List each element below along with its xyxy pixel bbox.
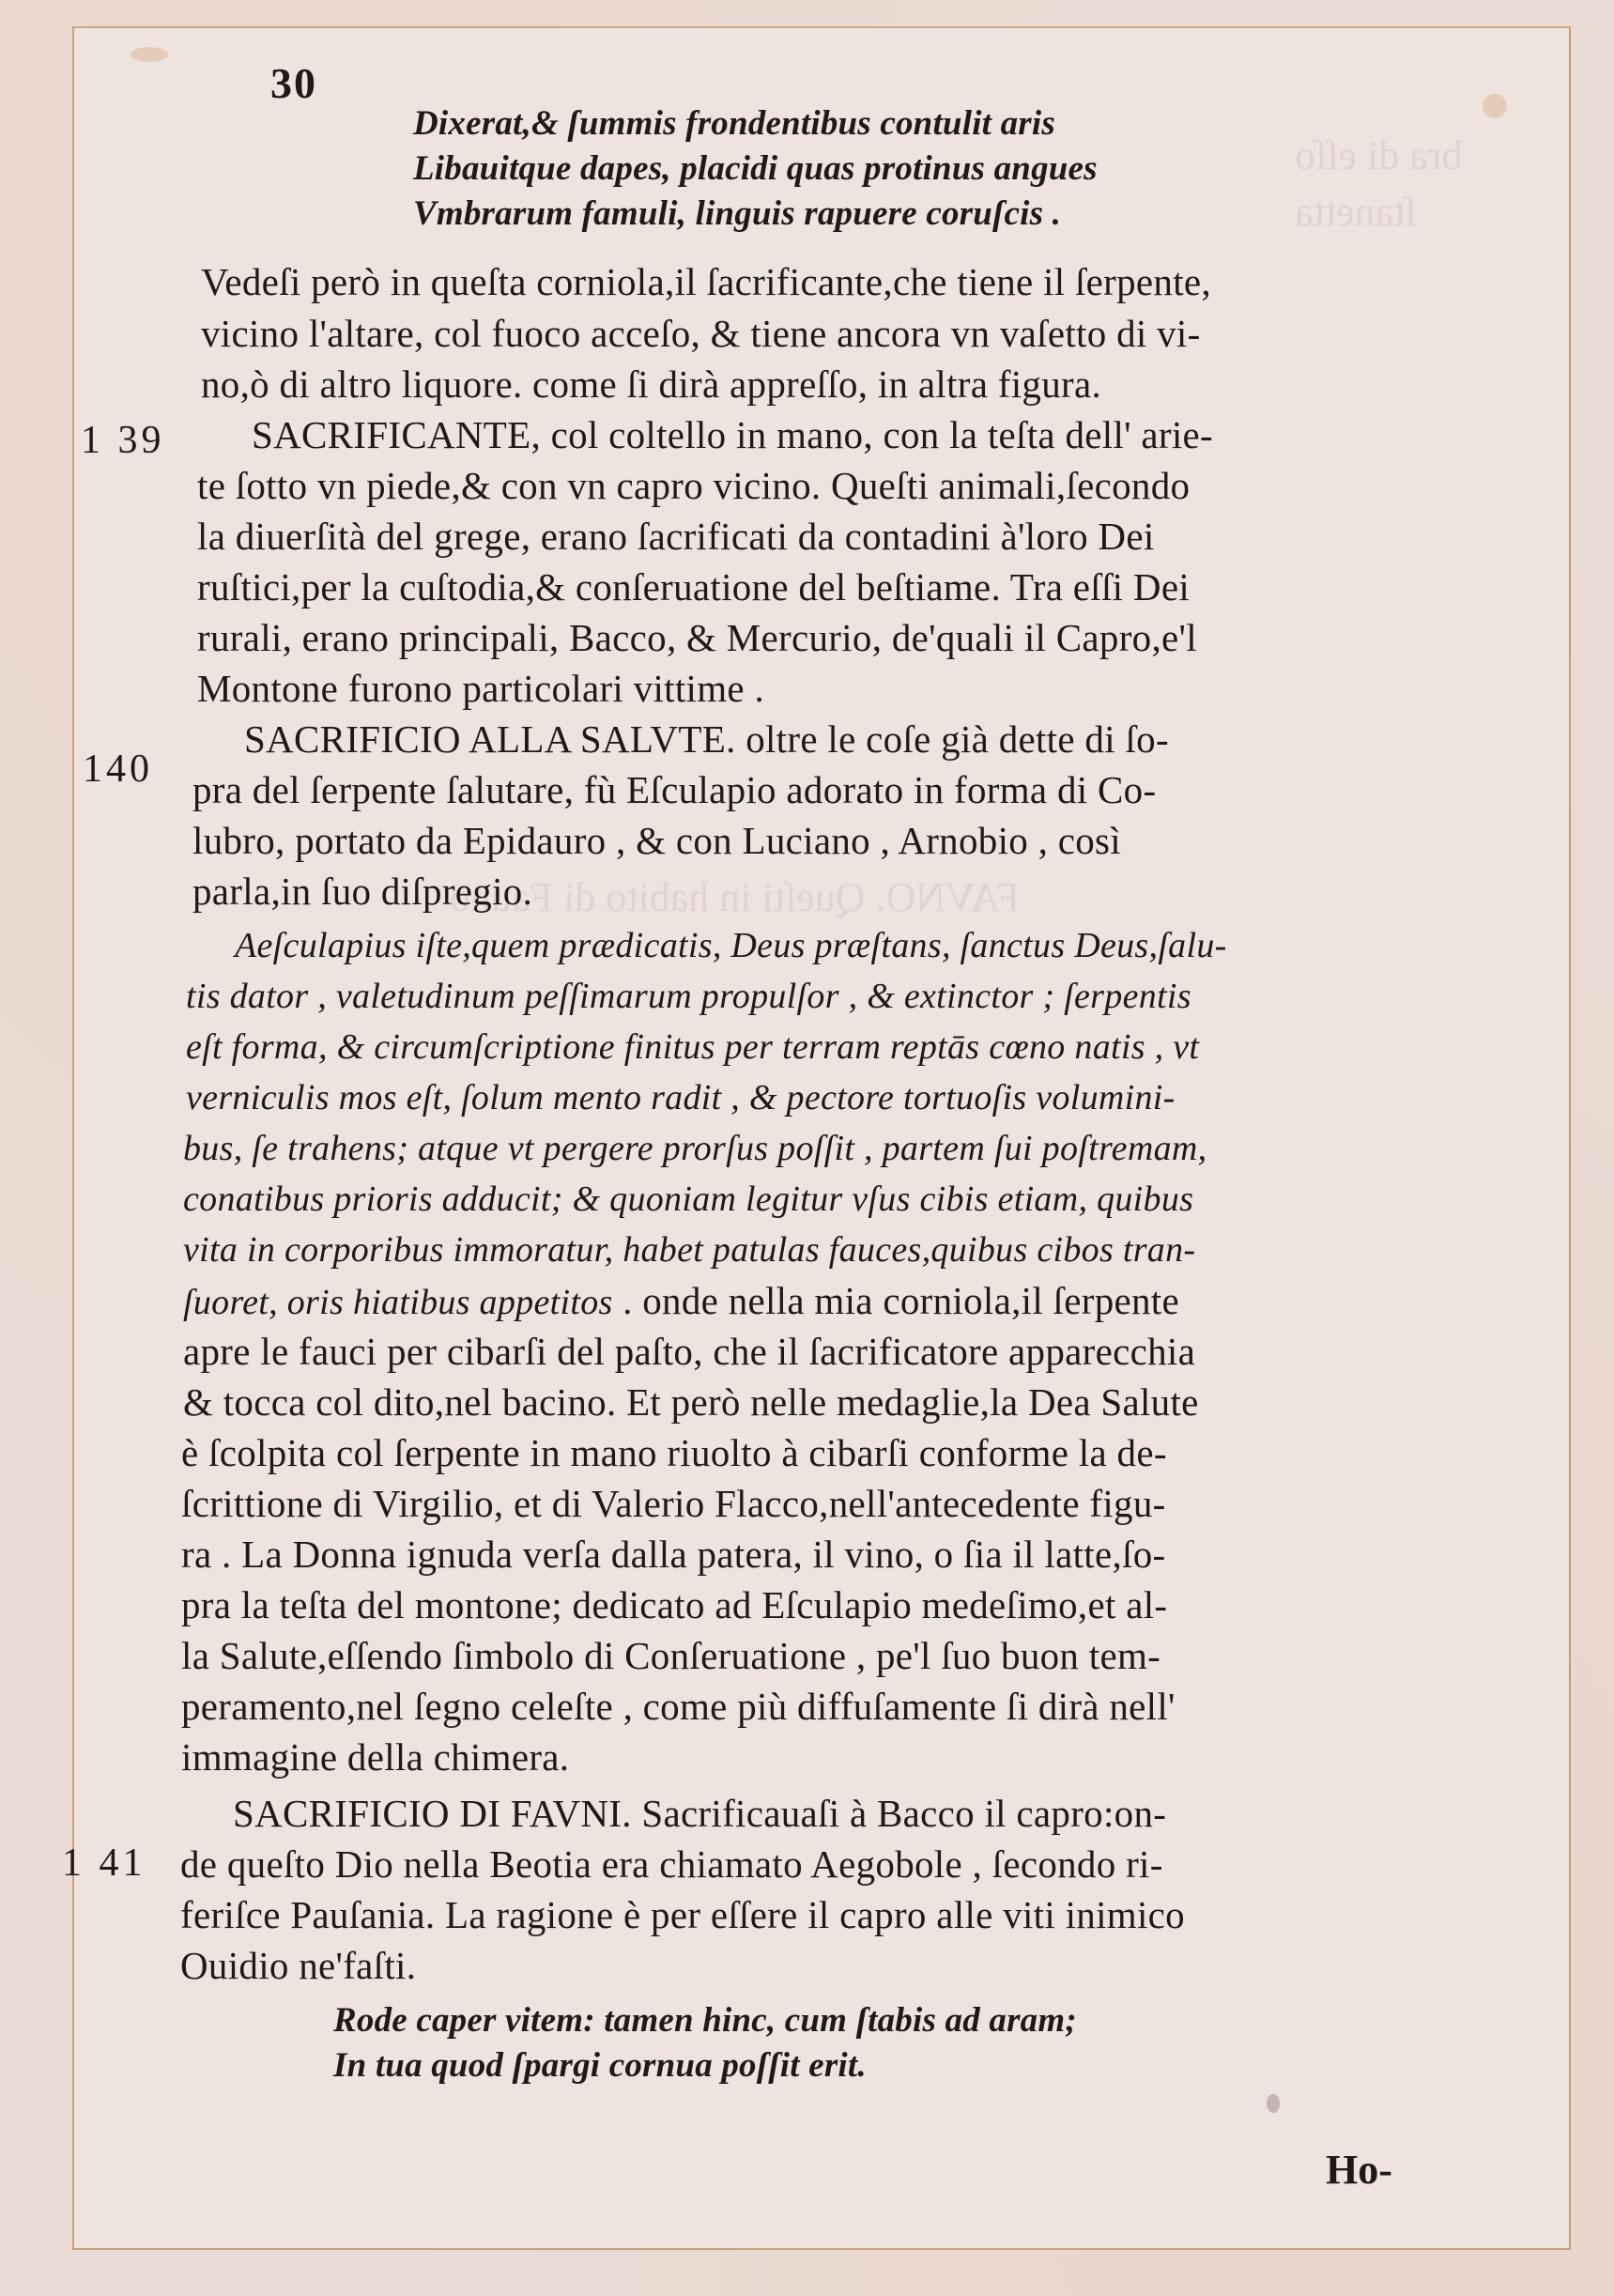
verse-line: Libauitque dapes, placidi quas protinus … [413,146,1098,192]
latin-quote-line: bus, ſe trahens; atque vt pergere prorſu… [183,1123,1207,1174]
text-line: feriſce Pauſania. La ragione è per eſſer… [180,1889,1185,1940]
text-line: ſcrittione di Virgilio, et di Valerio Fl… [181,1478,1166,1529]
text-line: immagine della chimera. [181,1732,569,1782]
text-line: & tocca col dito,nel bacino. Et però nel… [183,1377,1199,1427]
margin-number: 1 39 [81,418,165,463]
text-line: è ſcolpita col ſerpente in mano riuolto … [181,1427,1167,1478]
text-line: Ouidio ne'faſti. [180,1940,416,1991]
text-line: la diuerſità del grege, erano ſacrificat… [197,511,1155,562]
foxing-stain [131,47,168,62]
text-span: . onde nella mia corniola,il ſerpente [613,1279,1179,1322]
section-heading-line: SACRIFICIO DI FAVNI. Sacrificauaſi à Bac… [233,1788,1166,1839]
show-through-text: ſtanetta [1295,188,1417,236]
mixed-line: ſuoret, oris hiatibus appetitos . onde n… [183,1275,1179,1328]
ink-spot [1267,2094,1280,2113]
verse-quote-top: Dixerat,& ſummis frondentibus contulit a… [413,101,1098,237]
section-heading-line: SACRIFICANTE, col coltello in mano, con … [252,409,1213,460]
text-line: apre le fauci per cibarſi del paſto, che… [183,1326,1195,1377]
section-heading-line: SACRIFICIO ALLA SALVTE. oltre le coſe gi… [244,714,1169,764]
text-line: lubro, portato da Epidauro , & con Lucia… [192,815,1121,866]
latin-quote-line: Aeſculapius iſte,quem prædicatis, Deus p… [235,920,1227,971]
text-line: pra del ſerpente ſalutare, fù Eſculapio … [192,764,1156,815]
text-line: ruſtici,per la cuſtodia,& conſeruatione … [197,562,1190,612]
verse-line: Vmbrarum famuli, linguis rapuere coruſci… [413,192,1098,237]
verse-line: Dixerat,& ſummis frondentibus contulit a… [413,101,1098,146]
text-line: peramento,nel ſegno celeſte , come più d… [181,1681,1176,1732]
text-line: no,ò di altro liquore. come ſi dirà appr… [201,359,1101,409]
text-line: parla,in ſuo diſpregio. [192,866,532,917]
margin-number: 140 [83,747,153,792]
latin-quote-line: conatibus prioris adducit; & quoniam leg… [183,1174,1193,1225]
text-line: Vedeſi però in queſta corniola,il ſacrif… [201,256,1211,307]
margin-number: 1 41 [62,1841,146,1886]
text-line: vicino l'altare, col fuoco acceſo, & tie… [201,308,1201,359]
text-line: pra la teſta del montone; dedicato ad Eſ… [181,1579,1167,1630]
text-line: la Salute,eſſendo ſimbolo di Conſeruatio… [181,1630,1161,1681]
text-line: Montone furono particolari vittime . [197,663,764,714]
latin-quote-line: verniculis mos eſt, ſolum mento radit , … [186,1072,1176,1123]
latin-quote-line: eſt forma, & circumſcriptione finitus pe… [186,1022,1199,1072]
verse-line: Rode caper vitem: tamen hinc, cum ſtabis… [333,1998,1077,2043]
latin-quote-line: tis dator , valetudinum peſſimarum propu… [186,971,1191,1022]
show-through-text: FAVNO. Queſti in habito di Fauno [450,873,1020,921]
latin-quote-line: vita in corporibus immoratur, habet patu… [183,1225,1195,1275]
foxing-stain [1483,94,1507,118]
verse-line: In tua quod ſpargi cornua poſſit erit. [333,2043,1077,2088]
text-line: rurali, erano principali, Bacco, & Mercu… [197,612,1197,663]
text-line: te ſotto vn piede,& con vn capro vicino.… [197,460,1190,511]
text-line: ra . La Donna ignuda verſa dalla patera,… [181,1529,1165,1579]
verse-quote-bottom: Rode caper vitem: tamen hinc, cum ſtabis… [333,1998,1077,2088]
catchword: Ho- [1326,2146,1392,2194]
latin-quote-end: ſuoret, oris hiatibus appetitos [183,1283,613,1322]
show-through-text: bra di eſſo [1295,131,1462,179]
text-line: de queſto Dio nella Beotia era chiamato … [180,1839,1163,1889]
page-number: 30 [270,58,317,108]
